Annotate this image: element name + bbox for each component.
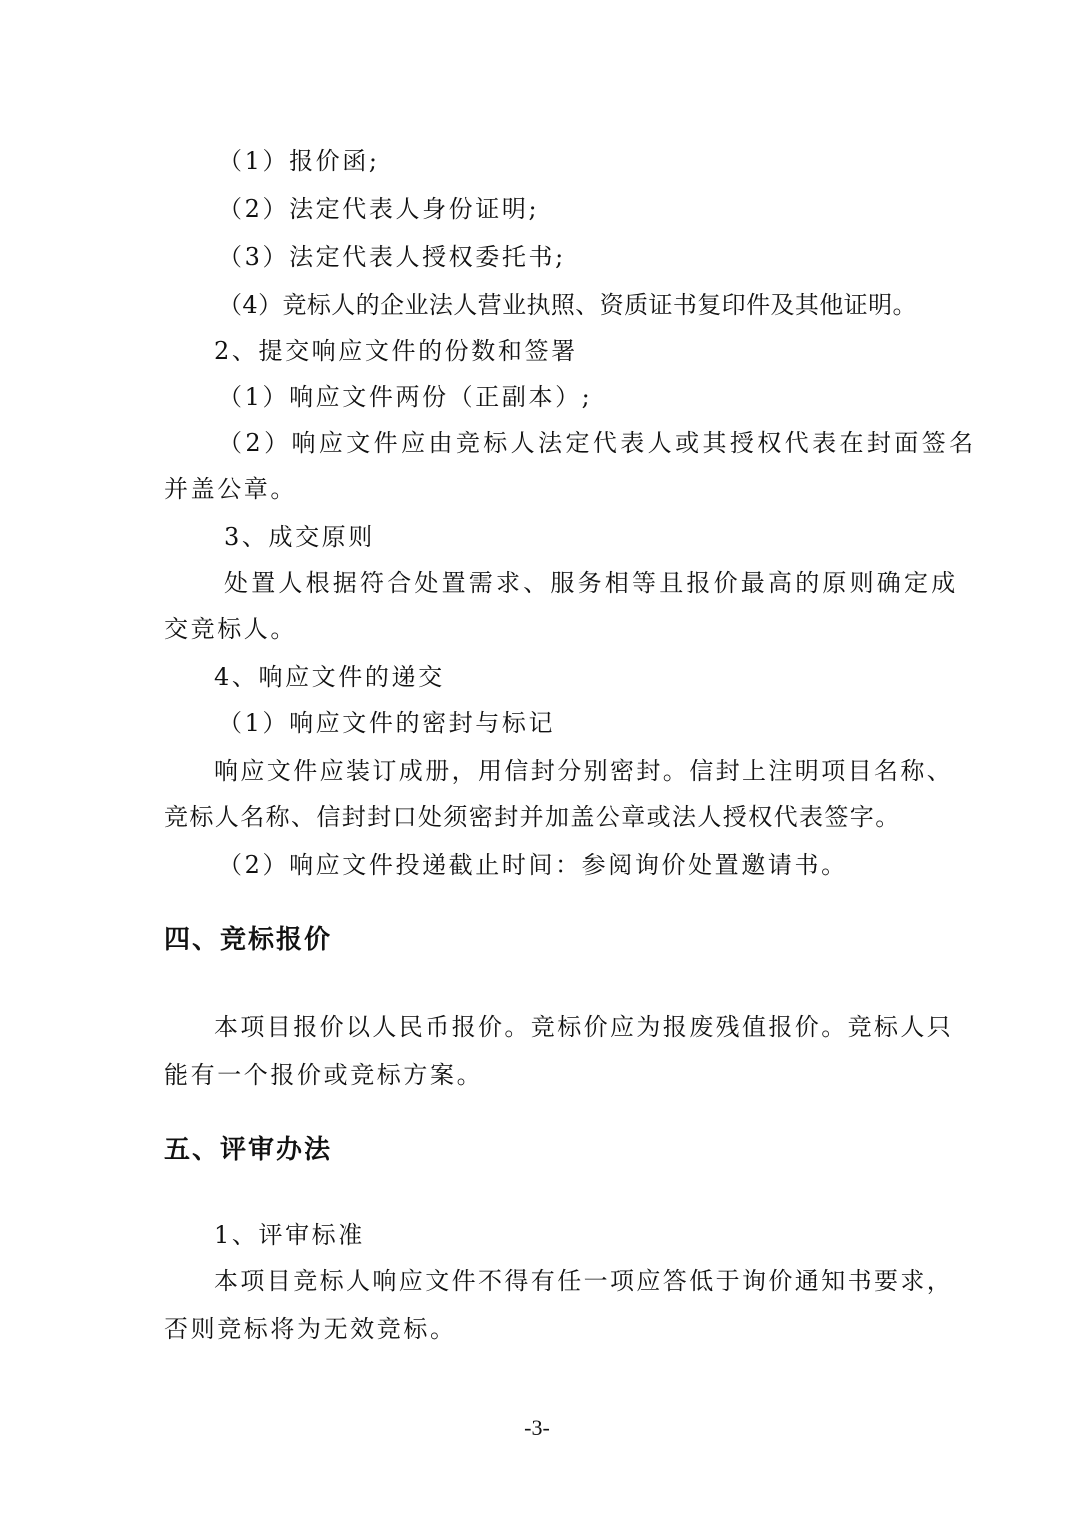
item4-body-line1: 响应文件应装订成册，用信封分别密封。信封上注明项目名称、 [214, 756, 953, 786]
attachment-item-1: （1）报价函; [218, 146, 380, 176]
attachment-item-4: （4）竞标人的企业法人营业执照、资质证书复印件及其他证明。 [218, 290, 917, 320]
item2-title: 2、提交响应文件的份数和签署 [214, 336, 578, 366]
section5-item1-body-line1: 本项目竞标人响应文件不得有任一项应答低于询价通知书要求， [214, 1266, 953, 1296]
item4-sub1: （1）响应文件的密封与标记 [218, 708, 555, 738]
item3-title: 3、成交原则 [224, 522, 375, 552]
item4-sub2: （2）响应文件投递截止时间：参阅询价处置邀请书。 [218, 850, 848, 880]
section5-item1-body-line2: 否则竞标将为无效竞标。 [164, 1314, 457, 1344]
item3-body-line1: 处置人根据符合处置需求、服务相等且报价最高的原则确定成 [224, 568, 958, 598]
item4-body-line2: 竞标人名称、信封封口处须密封并加盖公章或法人授权代表签字。 [164, 802, 901, 832]
item3-body-line2: 交竞标人。 [164, 614, 297, 644]
section5-heading: 五、评审办法 [164, 1134, 332, 1166]
section4-body-line2: 能有一个报价或竞标方案。 [164, 1060, 483, 1090]
attachment-item-3: （3）法定代表人授权委托书; [218, 242, 566, 272]
section4-body-line1: 本项目报价以人民币报价。竞标价应为报废残值报价。竞标人只 [214, 1012, 953, 1042]
item2-sub2-line1: （2）响应文件应由竞标人法定代表人或其授权代表在封面签名 [218, 428, 976, 458]
item2-sub2-line2: 并盖公章。 [164, 474, 297, 504]
section5-item1-title: 1、评审标准 [214, 1220, 365, 1250]
item2-sub1: （1）响应文件两份（正副本）; [218, 382, 592, 412]
item4-title: 4、响应文件的递交 [214, 662, 445, 692]
attachment-item-2: （2）法定代表人身份证明; [218, 194, 539, 224]
page-number: -3- [0, 1414, 1074, 1442]
section4-heading: 四、竞标报价 [164, 924, 332, 956]
